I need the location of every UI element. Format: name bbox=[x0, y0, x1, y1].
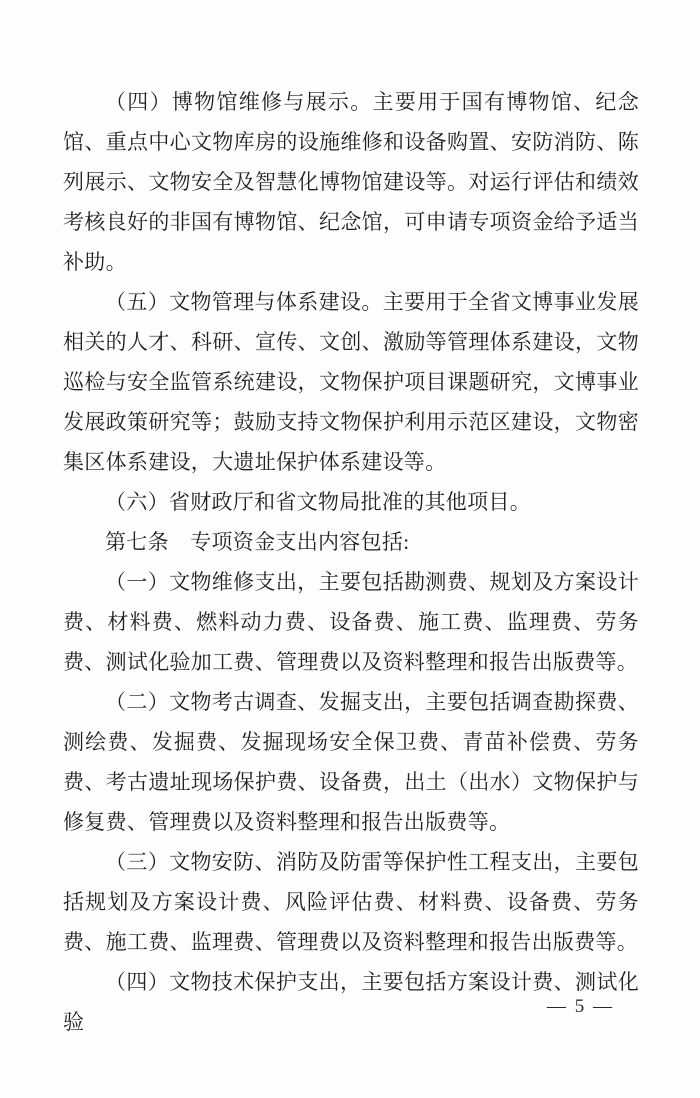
paragraph-article-7-heading: 第七条 专项资金支出内容包括: bbox=[63, 522, 639, 562]
document-page: （四）博物馆维修与展示。主要用于国有博物馆、纪念馆、重点中心文物库房的设施维修和… bbox=[0, 0, 700, 1098]
page-number: — 5 — bbox=[547, 994, 614, 1020]
paragraph-item-3-protective-engineering-expense: （三）文物安防、消防及防雷等保护性工程支出，主要包括规划及方案设计费、风险评估费… bbox=[63, 842, 639, 962]
document-body: （四）博物馆维修与展示。主要用于国有博物馆、纪念馆、重点中心文物库房的设施维修和… bbox=[63, 82, 639, 1042]
paragraph-item-2-archaeology-expense: （二）文物考古调查、发掘支出，主要包括调查勘探费、测绘费、发掘费、发掘现场安全保… bbox=[63, 682, 639, 842]
paragraph-item-1-relic-repair-expense: （一）文物维修支出，主要包括勘测费、规划及方案设计费、材料费、燃料动力费、设备费… bbox=[63, 562, 639, 682]
paragraph-item-5-management-system: （五）文物管理与体系建设。主要用于全省文博事业发展相关的人才、科研、宣传、文创、… bbox=[63, 282, 639, 482]
paragraph-item-6-other-projects: （六）省财政厅和省文物局批准的其他项目。 bbox=[63, 482, 639, 522]
paragraph-item-4-museum-repair: （四）博物馆维修与展示。主要用于国有博物馆、纪念馆、重点中心文物库房的设施维修和… bbox=[63, 82, 639, 282]
